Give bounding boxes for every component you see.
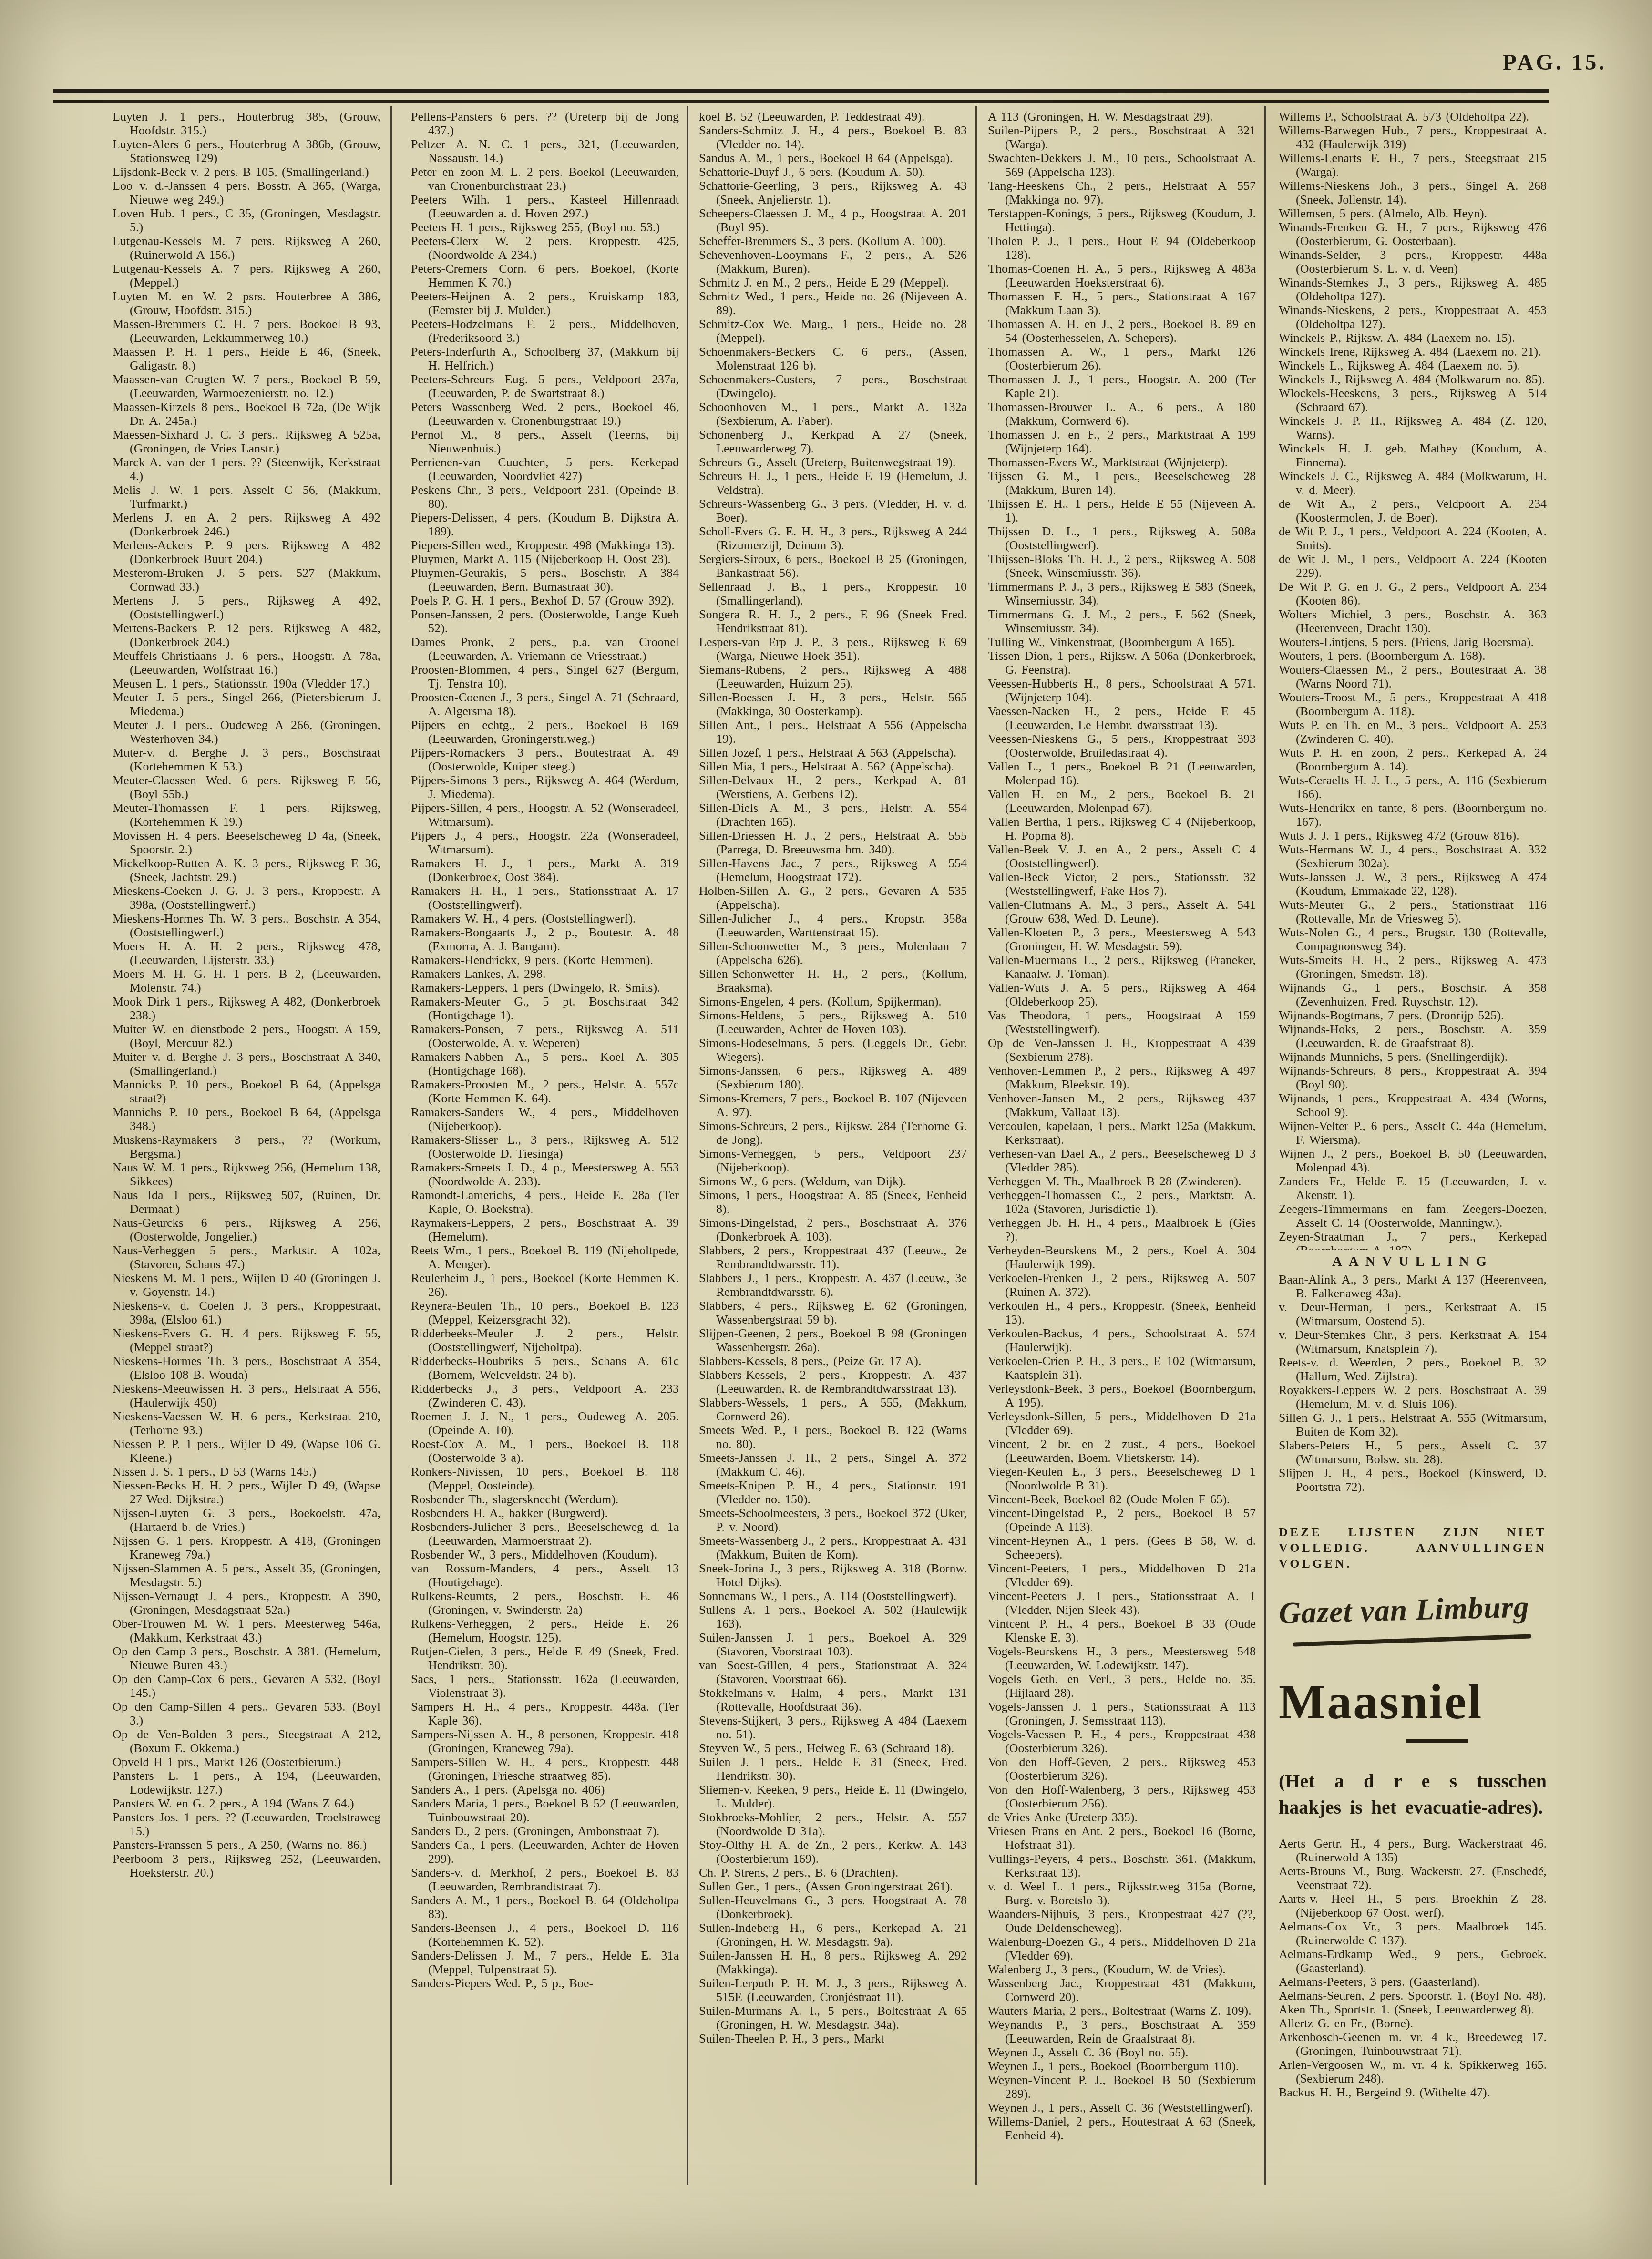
directory-entry: Schreurs G., Asselt (Ureterp, Buitenwegs… <box>699 455 967 469</box>
directory-entry: Zanders Fr., Helde E. 15 (Leeuwarden, J.… <box>1279 1174 1547 1202</box>
directory-entry: Vallen-Kloeten P., 3 pers., Meestersweg … <box>988 925 1256 953</box>
directory-entry: Ramakers W. H., 4 pers. (Ooststellingwer… <box>411 912 679 925</box>
directory-entry: Winands-Nieskens, 2 pers., Kroppestraat … <box>1279 303 1547 331</box>
directory-entry: Naus-Verheggen 5 pers., Marktstr. A 102a… <box>113 1243 380 1271</box>
directory-entry: Vogels Geth. en Verl., 3 pers., Helde no… <box>988 1672 1256 1700</box>
headline-divider <box>1406 1739 1468 1743</box>
column-5-listings: Willems P., Schoolstraat A. 573 (Oldehol… <box>1279 110 1547 1250</box>
aanvulling-header: AANVULLING <box>1279 1254 1547 1270</box>
directory-entry: Pluymen-Geurakis, 5 pers., Boschstr. A 3… <box>411 566 679 594</box>
directory-entry: Peters-Cremers Corn. 6 pers. Boekoel, (K… <box>411 262 679 289</box>
directory-entry: De Wit P. G. en J. G., 2 pers., Veldpoor… <box>1279 580 1547 607</box>
directory-entry: Vriesen Frans en Ant. 2 pers., Boekoel 1… <box>988 1824 1256 1852</box>
directory-entry: Vullings-Peyers, 4 pers., Boschstr. 361.… <box>988 1852 1256 1879</box>
directory-entry: Ramakers H. J., 1 pers., Markt A. 319 (D… <box>411 856 679 884</box>
directory-entry: Aerts Gertr. H., 4 pers., Burg. Wackerst… <box>1279 1837 1547 1864</box>
directory-entry: Peeters Wilh. 1 pers., Kasteel Hillenraa… <box>411 193 679 220</box>
directory-entry: Thijssen D. L., 1 pers., Rijksweg A. 508… <box>988 524 1256 552</box>
directory-entry: Stokbroeks-Mohlier, 2 pers., Helstr. A. … <box>699 1810 967 1838</box>
directory-entry: Opveld H 1 prs., Markt 126 (Oosterbierum… <box>113 1755 380 1769</box>
directory-entry: Meuter-Thomassen F. 1 pers. Rijksweg, (K… <box>113 801 380 829</box>
directory-entry: Sandus A. M., 1 pers., Boekoel B 64 (App… <box>699 151 967 165</box>
directory-entry: Pluymen, Markt A. 115 (Nijeberkoop H. Oo… <box>411 552 679 566</box>
directory-entry: Schmitz-Cox We. Marg., 1 pers., Heide no… <box>699 317 967 345</box>
directory-entry: Muskens-Raymakers 3 pers., ?? (Workum, B… <box>113 1133 380 1160</box>
directory-entry: Slabbers, 2 pers., Kroppestraat 437 (Lee… <box>699 1243 967 1271</box>
directory-entry: Wauters Maria, 2 pers., Boltestraat (War… <box>988 2004 1256 2018</box>
directory-entry: Sillen G. J., 1 pers., Helstraat A. 555 … <box>1279 1411 1547 1438</box>
directory-entry: Ramakers-Lankes, A. 298. <box>411 967 679 981</box>
directory-entry: Veessen-Nieskens G., 5 pers., Kroppestra… <box>988 732 1256 760</box>
directory-entry: Wuts-Smeits H. H., 2 pers., Rijksweg A. … <box>1279 953 1547 981</box>
directory-entry: Veessen-Hubberts H., 8 pers., Schoolstra… <box>988 677 1256 704</box>
directory-entry: Vallen Bertha, 1 pers., Rijksweg C 4 (Ni… <box>988 815 1256 842</box>
directory-entry: Pansters Jos. 1 pers. ?? (Leeuwarden, Tr… <box>113 1810 380 1838</box>
directory-entry: Waanders-Nijhuis, 3 pers., Kroppestraat … <box>988 1907 1256 1935</box>
directory-entry: Simons-Schreurs, 2 pers., Rijksw. 284 (T… <box>699 1119 967 1147</box>
directory-entry: Peeters-Clerx W. 2 pers. Kroppestr. 425,… <box>411 234 679 262</box>
directory-entry: Reets-v. d. Weerden, 2 pers., Boekoel B.… <box>1279 1355 1547 1383</box>
gazet-van-limburg-logo: Gazet van Limburg <box>1279 1592 1547 1674</box>
directory-entry: Stoy-Olthy H. A. de Zn., 2 pers., Kerkw.… <box>699 1838 967 1866</box>
directory-entry: Nijssen-Slammen A. 5 pers., Asselt 35, (… <box>113 1561 380 1589</box>
directory-entry: Naus-Geurcks 6 pers., Rijksweg A 256, (O… <box>113 1216 380 1243</box>
directory-entry: Verhesen-van Dael A., 2 pers., Beeselsch… <box>988 1147 1256 1174</box>
directory-entry: Pijpers-Sillen, 4 pers., Hoogstr. A. 52 … <box>411 801 679 829</box>
directory-entry: Luyten M. en W. 2 psrs. Houterbree A 386… <box>113 289 380 317</box>
directory-entry: Sonnemans W., 1 pers., A. 114 (Ooststell… <box>699 1589 967 1603</box>
directory-entry: Sillen Jozef, 1 pers., Helstraat A 563 (… <box>699 746 967 760</box>
directory-entry: Verkoulen H., 4 pers., Kroppestr. (Sneek… <box>988 1299 1256 1326</box>
directory-entry: Schmitz J. en M., 2 pers., Heide E 29 (M… <box>699 276 967 289</box>
directory-entry: Scheepers-Claessen J. M., 4 p., Hoogstra… <box>699 206 967 234</box>
directory-entry: Verleysdonk-Sillen, 5 pers., Middelhoven… <box>988 1409 1256 1437</box>
directory-entry: Simons-Engelen, 4 pers. (Kollum, Spijker… <box>699 995 967 1008</box>
directory-entry: Suilen-Pijpers P., 2 pers., Boschstraat … <box>988 123 1256 151</box>
directory-entry: Vas Theodora, 1 pers., Hoogstraat A 159 … <box>988 1008 1256 1036</box>
directory-entry: Slabbers-Wessels, 1 pers., A 555, (Makku… <box>699 1396 967 1423</box>
directory-entry: Moers M. H. G. H. 1 pers. B 2, (Leeuward… <box>113 967 380 995</box>
column-1: Luyten J. 1 pers., Houterbrug 385, (Grou… <box>113 110 380 2188</box>
directory-entry: Slabbers, 4 pers., Rijksweg E. 62 (Groni… <box>699 1299 967 1326</box>
directory-entry: Walenburg-Doezen G., 4 pers., Middelhove… <box>988 1935 1256 1962</box>
directory-entry: Muter-v. d. Berghe J. 3 pers., Boschstra… <box>113 746 380 773</box>
directory-entry: Winckels L., Rijksweg A. 484 (Laexem no.… <box>1279 359 1547 372</box>
directory-entry: Vallen-Beck Victor, 2 pers., Stationsstr… <box>988 870 1256 898</box>
directory-entry: Slijpen J. H., 4 pers., Boekoel (Kinswer… <box>1279 1466 1547 1494</box>
directory-entry: Wouters-Lintjens, 5 pers. (Friens, Jarig… <box>1279 635 1547 649</box>
directory-entry: Vincent-Peeters J. 1 pers., Stationsstra… <box>988 1589 1256 1617</box>
directory-entry: Smeets-Schoolmeesters, 3 pers., Boekoel … <box>699 1506 967 1534</box>
directory-entry: Simons-Janssen, 6 pers., Rijksweg A. 489… <box>699 1064 967 1091</box>
directory-entry: Mertens-Backers P. 12 pers. Rijksweg A 4… <box>113 621 380 649</box>
directory-entry: Wijnen-Velter P., 6 pers., Asselt C. 44a… <box>1279 1119 1547 1147</box>
column-2: Pellens-Pansters 6 pers. ?? (Ureterp bij… <box>411 110 679 2188</box>
directory-entry: Rosbenders H. A., bakker (Burgwerd). <box>411 1506 679 1520</box>
directory-entry: Wuts-Nolen G., 4 pers., Brugstr. 130 (Ro… <box>1279 925 1547 953</box>
directory-entry: Thomassen-Evers W., Marktstraat (Wijnjet… <box>988 455 1256 469</box>
directory-entry: Pellens-Pansters 6 pers. ?? (Ureterp bij… <box>411 110 679 137</box>
directory-entry: Stokkelmans-v. Halm, 4 pers., Markt 131 … <box>699 1686 967 1714</box>
directory-entry: Schattorie-Duyf J., 6 pers. (Koudum A. 5… <box>699 165 967 179</box>
directory-entry: Rutjen-Cielen, 3 pers., Helde E 49 (Snee… <box>411 1644 679 1672</box>
directory-entry: Reynera-Beulen Th., 10 pers., Boekoel B.… <box>411 1299 679 1326</box>
directory-entry: Rulkens-Verheggen, 2 pers., Heide E. 26 … <box>411 1617 679 1644</box>
directory-entry: Lespers-van Erp J. P., 3 pers., Rijksweg… <box>699 635 967 663</box>
directory-entry: Verkoelen-Frenken J., 2 pers., Rijksweg … <box>988 1271 1256 1299</box>
directory-entry: Suilen-Murmans A. I., 5 pers., Boltestra… <box>699 2004 967 2032</box>
directory-entry: Wijnands G., 1 pers., Boschstr. A 358 (Z… <box>1279 981 1547 1008</box>
header-rule <box>53 89 1549 103</box>
directory-entry: Von den Hoff-Walenberg, 3 pers., Rijkswe… <box>988 1783 1256 1810</box>
directory-entry: Tang-Heeskens Ch., 2 pers., Helstraat A … <box>988 179 1256 206</box>
directory-entry: Suilen-Janssen H. H., 8 pers., Rijksweg … <box>699 1949 967 1976</box>
directory-entry: Peltzer A. N. C. 1 pers., 321, (Leeuward… <box>411 137 679 165</box>
directory-entry: Wuts P. en Th. en M., 3 pers., Veldpoort… <box>1279 718 1547 746</box>
directory-entry: Peerboom 3 pers., Rijksweg 252, (Leeuwar… <box>113 1852 380 1879</box>
directory-entry: Sanders D., 2 pers. (Groningen, Ambonstr… <box>411 1824 679 1838</box>
directory-entry: Mannichs P. 10 pers., Boekoel B 64, (App… <box>113 1105 380 1133</box>
directory-entry: Sampers-Nijssen A. H., 8 personen, Kropp… <box>411 1727 679 1755</box>
directory-entry: Thomassen-Brouwer L. A., 6 pers., A 180 … <box>988 400 1256 428</box>
directory-entry: Lutgenau-Kessels A. 7 pers. Rijksweg A 2… <box>113 262 380 289</box>
directory-entry: Tissen Dion, 1 pers., Rijksw. A 506a (Do… <box>988 649 1256 677</box>
directory-entry: Weynen J., 1 pers., Boekoel (Boornbergum… <box>988 2059 1256 2073</box>
directory-entry: Venhoven-Lemmen P., 2 pers., Rijksweg A … <box>988 1064 1256 1091</box>
directory-entry: Peeters H. 1 pers., Rijksweg 255, (Boyl … <box>411 220 679 234</box>
directory-entry: Meuter J. 1 pers., Oudeweg A 266, (Groni… <box>113 718 380 746</box>
directory-entry: Marck A. van der 1 pers. ?? (Steenwijk, … <box>113 455 380 483</box>
directory-entry: Nieskens-Hormes Th. 3 pers., Boschstraat… <box>113 1354 380 1382</box>
directory-entry: Sanders-Beensen J., 4 pers., Boekoel D. … <box>411 1921 679 1949</box>
directory-entry: Vincent-Beek, Boekoel 82 (Oude Molen F 6… <box>988 1492 1256 1506</box>
directory-entry: Simons W., 6 pers. (Weldum, van Dijk). <box>699 1174 967 1188</box>
directory-entry: Sampers-Sillen W. H., 4 pers., Kroppestr… <box>411 1755 679 1783</box>
directory-entry: Wuts J. J. 1 pers., Rijksweg 472 (Grouw … <box>1279 829 1547 842</box>
directory-entry: Aken Th., Sportstr. 1. (Sneek, Leeuwarde… <box>1279 2002 1547 2016</box>
directory-entry: Verkoelen-Crien P. H., 3 pers., E 102 (W… <box>988 1354 1256 1382</box>
directory-entry: Moers H. A. H. 2 pers., Rijksweg 478, (L… <box>113 939 380 967</box>
directory-entry: Nieskens-Vaessen W. H. 6 pers., Kerkstra… <box>113 1409 380 1437</box>
directory-entry: Meuffels-Christiaans J. 6 pers., Hoogstr… <box>113 649 380 677</box>
directory-entry: Wuts-Janssen J. W., 3 pers., Rijksweg A … <box>1279 870 1547 898</box>
directory-entry: Sliemen-v. Keeken, 9 pers., Heide E. 11 … <box>699 1783 967 1810</box>
directory-entry: Winckels Irene, Rijksweg A. 484 (Laexem … <box>1279 345 1547 359</box>
directory-entry: Naus Ida 1 pers., Rijksweg 507, (Ruinen,… <box>113 1188 380 1216</box>
directory-entry: Wuts P. H. en zoon, 2 pers., Kerkepad A.… <box>1279 746 1547 773</box>
directory-entry: Siemans-Rubens, 2 pers., Rijksweg A 488 … <box>699 663 967 690</box>
directory-entry: A 113 (Groningen, H. W. Mesdagstraat 29)… <box>988 110 1256 123</box>
directory-entry: Thomassen F. H., 5 pers., Stationstraat … <box>988 289 1256 317</box>
directory-entry: Steyven W., 5 pers., Heiweg E. 63 (Schra… <box>699 1741 967 1755</box>
directory-entry: Rosbender Th., slagersknecht (Werdum). <box>411 1492 679 1506</box>
directory-entry: Merlens J. en A. 2 pers. Rijksweg A 492 … <box>113 511 380 538</box>
directory-entry: Mertens J. 5 pers., Rijksweg A 492, (Oos… <box>113 594 380 621</box>
directory-entry: Peeters-Hodzelmans F. 2 pers., Middelhov… <box>411 317 679 345</box>
directory-entry: Ronkers-Nivissen, 10 pers., Boekoel B. 1… <box>411 1465 679 1492</box>
directory-entry: Sanders-Delissen J. M., 7 pers., Helde E… <box>411 1949 679 1976</box>
directory-entry: Smeets-Wassenberg J., 2 pers., Kroppestr… <box>699 1534 967 1561</box>
directory-entry: Peeters-Schreurs Eug. 5 pers., Veldpoort… <box>411 372 679 400</box>
directory-entry: Wuts-Meuter G., 2 pers., Stationstraat 1… <box>1279 898 1547 925</box>
directory-entry: Backus H. H., Bergeind 9. (Withelte 47). <box>1279 2085 1547 2099</box>
logo-underline-flourish <box>1293 1634 1531 1646</box>
column-divider <box>390 106 392 2185</box>
directory-entry: Sanders Ca., 1 pers. (Leeuwarden, Achter… <box>411 1838 679 1866</box>
aanvulling-listings: Baan-Alink A., 3 pers., Markt A 137 (Hee… <box>1279 1273 1547 1521</box>
directory-entry: Muiter v. d. Berghe J. 3 pers., Boschstr… <box>113 1050 380 1078</box>
directory-entry: Ramakers-Hendrickx, 9 pers. (Korte Hemme… <box>411 953 679 967</box>
directory-entry: Tijssen G. M., 1 pers., Beeselscheweg 28… <box>988 469 1256 497</box>
directory-entry: Simons-Verheggen, 5 pers., Veldpoort 237… <box>699 1147 967 1174</box>
directory-entry: Nieskens M. M. 1 pers., Wijlen D 40 (Gro… <box>113 1271 380 1299</box>
directory-entry: Nieskens-Meeuwissen H. 3 pers., Helstraa… <box>113 1382 380 1409</box>
directory-entry: Ramakers-Sanders W., 4 pers., Middelhove… <box>411 1105 679 1133</box>
directory-entry: Schattorie-Geerling, 3 pers., Rijksweg A… <box>699 179 967 206</box>
directory-entry: Sanders A., 1 pers. (Apelsga no. 406) <box>411 1783 679 1797</box>
directory-entry: Vallen-Beek V. J. en A., 2 pers., Asselt… <box>988 842 1256 870</box>
directory-entry: Verleysdonk-Beek, 3 pers., Boekoel (Boor… <box>988 1382 1256 1409</box>
column-divider <box>1264 106 1266 2185</box>
directory-entry: Wouters-Claessen M., 2 pers., Boutestraa… <box>1279 663 1547 690</box>
directory-entry: Aelmans-Peeters, 3 pers. (Gaasterland). <box>1279 1975 1547 1989</box>
directory-entry: Smeets Wed. P., 1 pers., Boekoel B. 122 … <box>699 1423 967 1451</box>
directory-entry: Thijssen E. H., 1 pers., Helde E 55 (Nij… <box>988 497 1256 524</box>
directory-entry: Schoenmakers-Custers, 7 pers., Boschstra… <box>699 372 967 400</box>
directory-entry: Arkenbosch-Geenen m. vr. 4 k., Breedeweg… <box>1279 2030 1547 2058</box>
directory-entry: Weynen-Vincent P. J., Boekoel B 50 (Sexb… <box>988 2073 1256 2101</box>
directory-entry: Pansters L. 1 pers., A 194, (Leeuwarden,… <box>113 1769 380 1797</box>
directory-entry: Luyten J. 1 pers., Houterbrug 385, (Grou… <box>113 110 380 137</box>
directory-entry: Ramakers-Proosten M., 2 pers., Helstr. A… <box>411 1078 679 1105</box>
directory-entry: Ridderbecks-Houbriks 5 pers., Schans A. … <box>411 1354 679 1382</box>
directory-entry: Rulkens-Reumts, 2 pers., Boschstr. E. 46… <box>411 1589 679 1617</box>
directory-entry: Wijnen J., 2 pers., Boekoel B. 50 (Leeuw… <box>1279 1147 1547 1174</box>
directory-entry: Vintcent P. H., 4 pers., Boekoel B 33 (O… <box>988 1617 1256 1644</box>
directory-entry: Thomassen J. en F., 2 pers., Marktstraat… <box>988 428 1256 455</box>
directory-entry: Piepers-Delissen, 4 pers. (Koudum B. Dij… <box>411 511 679 538</box>
directory-entry: Aelmans-Erdkamp Wed., 9 pers., Gebroek. … <box>1279 1947 1547 1975</box>
directory-entry: Vogels-Janssen J. 1 pers., Stationsstraa… <box>988 1700 1256 1727</box>
directory-entry: Melis J. W. 1 pers. Asselt C 56, (Makkum… <box>113 483 380 511</box>
directory-entry: Scheffer-Bremmers S., 3 pers. (Kollum A.… <box>699 234 967 248</box>
directory-entry: Vincent-Peeters, 1 pers., Middelhoven D … <box>988 1561 1256 1589</box>
directory-entry: Wijnands-Munnichs, 5 pers. (Snellingerdi… <box>1279 1050 1547 1064</box>
directory-entry: Simons-Dingelstad, 2 pers., Boschstraat … <box>699 1216 967 1243</box>
directory-entry: Songera R. H. J., 2 pers., E 96 (Sneek F… <box>699 607 967 635</box>
directory-entry: Wlockels-Heeskens, 3 pers., Rijksweg A 5… <box>1279 386 1547 414</box>
directory-entry: Sanders-Piepers Wed. P., 5 p., Boe- <box>411 1976 679 1990</box>
column-3: koel B. 52 (Leeuwarden, P. Teddestraat 4… <box>699 110 967 2188</box>
directory-entry: Sillen Ant., 1 pers., Helstraat A 556 (A… <box>699 718 967 746</box>
evacuation-address-note: (Het a d r e s tusschen haakjes is het e… <box>1279 1768 1547 1820</box>
page-number: PAG. 15. <box>1449 50 1607 75</box>
directory-entry: Peter en zoon M. L. 2 pers. Boekol (Leeu… <box>411 165 679 193</box>
directory-entry: Mieskens-Coeken J. G. J. 3 pers., Kroppe… <box>113 884 380 912</box>
directory-entry: v. d. Weel L. 1 pers., Rijksstr.weg 315a… <box>988 1879 1256 1907</box>
directory-entry: Ober-Trouwen M. W. 1 pers. Meesterweg 54… <box>113 1617 380 1644</box>
directory-entry: Sillen Mia, 1 pers., Helstraat A. 562 (A… <box>699 760 967 773</box>
directory-entry: Weynen J., Asselt C. 36 (Boyl no. 55). <box>988 2045 1256 2059</box>
directory-entry: Reets Wm., 1 pers., Boekoel B. 119 (Nije… <box>411 1243 679 1271</box>
directory-entry: Slabers-Peters H., 5 pers., Asselt C. 37… <box>1279 1438 1547 1466</box>
directory-entry: Vallen-Clutmans A. M., 3 pers., Asselt A… <box>988 898 1256 925</box>
directory-entry: Walenberg J., 3 pers., (Koudum, W. de Vr… <box>988 1962 1256 1976</box>
directory-entry: Nieskens-Evers G. H. 4 pers. Rijksweg E … <box>113 1326 380 1354</box>
directory-entry: Mannicks P. 10 pers., Boekoel B 64, (App… <box>113 1078 380 1105</box>
directory-entry: Sillen-Diels A. M., 3 pers., Helstr. A. … <box>699 801 967 829</box>
directory-entry: de Wit A., 2 pers., Veldpoort A. 234 (Ko… <box>1279 497 1547 524</box>
directory-entry: Sellenraad J. B., 1 pers., Kroppestr. 10… <box>699 580 967 607</box>
directory-entry: Mesterom-Bruken J. 5 pers. 527 (Makkum, … <box>113 566 380 594</box>
directory-entry: Willems P., Schoolstraat A. 573 (Oldehol… <box>1279 110 1547 123</box>
directory-entry: Sillen-Schoonwetter M., 3 pers., Molenla… <box>699 939 967 967</box>
directory-entry: de Wit J. M., 1 pers., Veldpoort A. 224 … <box>1279 552 1547 580</box>
directory-entry: Venhoven-Jansen M., 2 pers., Rijksweg 43… <box>988 1091 1256 1119</box>
directory-entry: v. Deur-Stemkes Chr., 3 pers. Kerkstraat… <box>1279 1328 1547 1355</box>
directory-entry: Slabbers J., 1 pers., Kroppestr. A. 437 … <box>699 1271 967 1299</box>
directory-entry: Ch. P. Strens, 2 pers., B. 6 (Drachten). <box>699 1866 967 1879</box>
directory-entry: Holben-Sillen A. G., 2 pers., Gevaren A … <box>699 884 967 912</box>
directory-entry: Verkoulen-Backus, 4 pers., Schoolstraat … <box>988 1326 1256 1354</box>
directory-entry: Pijpers J., 4 pers., Hoogstr. 22a (Wonse… <box>411 829 679 856</box>
maasniel-headline: Maasniel <box>1279 1675 1547 1729</box>
directory-entry: Ramakers-Meuter G., 5 pt. Boschstraat 34… <box>411 995 679 1022</box>
directory-entry: Proosten-Coenen J., 3 pers., Singel A. 7… <box>411 690 679 718</box>
directory-entry: Verheyden-Beurskens M., 2 pers., Koel A.… <box>988 1243 1256 1271</box>
directory-entry: Zeegers-Timmermans en fam. Zeegers-Doeze… <box>1279 1202 1547 1230</box>
directory-entry: Scholl-Evers G. E. H. H., 3 pers., Rijks… <box>699 524 967 552</box>
directory-entry: Massen-Bremmers C. H. 7 pers. Boekoel B … <box>113 317 380 345</box>
directory-entry: Schmitz Wed., 1 pers., Heide no. 26 (Nij… <box>699 289 967 317</box>
directory-entry: Timmermans P. J., 3 pers., Rijksweg E 58… <box>988 580 1256 607</box>
directory-entry: Roest-Cox A. M., 1 pers., Boekoel B. 118… <box>411 1437 679 1465</box>
gazet-logo-text: Gazet van Limburg <box>1279 1589 1529 1631</box>
directory-entry: Tulling W., Vinkenstraat, (Boornbergum A… <box>988 635 1256 649</box>
directory-entry: Peters-Inderfurth A., Schoolberg 37, (Ma… <box>411 345 679 372</box>
directory-entry: Muiter W. en dienstbode 2 pers., Hoogstr… <box>113 1022 380 1050</box>
directory-entry: Rosbenders-Julicher 3 pers., Beeselschew… <box>411 1520 679 1548</box>
directory-entry: Simons-Hodeselmans, 5 pers. (Leggels Dr.… <box>699 1036 967 1064</box>
directory-entry: Arlen-Vergoosen W., m. vr. 4 k. Spikkerw… <box>1279 2058 1547 2085</box>
directory-entry: Aelmans-Seuren, 2 pers. Spoorstr. 1. (Bo… <box>1279 1989 1547 2002</box>
directory-entry: Peters Wassenberg Wed. 2 pers., Boekoel … <box>411 400 679 428</box>
directory-entry: Luyten-Alers 6 pers., Houterbrug A 386b,… <box>113 137 380 165</box>
directory-entry: Peskens Chr., 3 pers., Veldpoort 231. (O… <box>411 483 679 511</box>
directory-entry: Vaessen-Nacken H., 2 pers., Heide E 45 (… <box>988 704 1256 732</box>
directory-entry: Movissen H. 4 pers. Beeselscheweg D 4a, … <box>113 829 380 856</box>
directory-entry: Peeters-Heijnen A. 2 pers., Kruiskamp 18… <box>411 289 679 317</box>
directory-entry: Vincent, 2 br. en 2 zust., 4 pers., Boek… <box>988 1437 1256 1465</box>
newspaper-page: PAG. 15. Luyten J. 1 pers., Houterbrug 3… <box>0 0 1652 2259</box>
directory-entry: Schoonhoven M., 1 pers., Markt A. 132a (… <box>699 400 967 428</box>
directory-entry: Weynen J., 1 pers., Asselt C. 36 (Westst… <box>988 2101 1256 2115</box>
directory-entry: Wouters-Troost M., 5 pers., Kroppestraat… <box>1279 690 1547 718</box>
directory-entry: Zeyen-Straatman J., 7 pers., Kerkepad (B… <box>1279 1230 1547 1250</box>
directory-entry: Willemsen, 5 pers. (Almelo, Alb. Heyn). <box>1279 206 1547 220</box>
directory-entry: Mieskens-Hormes Th. W. 3 pers., Boschstr… <box>113 912 380 939</box>
directory-entry: Stevens-Stijkert, 3 pers., Rijksweg A 48… <box>699 1714 967 1741</box>
directory-entry: Wijnands-Schreurs, 8 pers., Kroppestraat… <box>1279 1064 1547 1091</box>
directory-entry: Viegen-Keulen E., 3 pers., Beeselscheweg… <box>988 1465 1256 1492</box>
directory-entry: Winands-Frenken G. H., 7 pers., Rijksweg… <box>1279 220 1547 248</box>
directory-entry: Thomassen A. W., 1 pers., Markt 126 (Oos… <box>988 345 1256 372</box>
directory-entry: Aerts-Brouns M., Burg. Wackerstr. 27. (E… <box>1279 1864 1547 1892</box>
directory-entry: Pijpers en echtg., 2 pers., Boekoel B 16… <box>411 718 679 746</box>
directory-entry: Wolters Michiel, 3 pers., Boschstr. A. 3… <box>1279 607 1547 635</box>
directory-entry: Verheggen M. Th., Maalbroek B 28 (Zwinde… <box>988 1174 1256 1188</box>
directory-entry: Reulerheim J., 1 pers., Boekoel (Korte H… <box>411 1271 679 1299</box>
column-divider <box>687 106 688 2185</box>
directory-entry: Tholen P. J., 1 pers., Hout E 94 (Oldebe… <box>988 234 1256 262</box>
directory-entry: Vercoulen, kapelaan, 1 pers., Markt 125a… <box>988 1119 1256 1147</box>
column-4: A 113 (Groningen, H. W. Mesdagstraat 29)… <box>988 110 1256 2188</box>
directory-entry: Willems-Lenarts F. H., 7 pers., Steegstr… <box>1279 151 1547 179</box>
directory-entry: Simons-Kremers, 7 pers., Boekoel B. 107 … <box>699 1091 967 1119</box>
directory-entry: Ramakers-Nabben A., 5 pers., Koel A. 305… <box>411 1050 679 1078</box>
directory-entry: Poels P. G. H. 1 pers., Bexhof D. 57 (Gr… <box>411 594 679 607</box>
directory-entry: Winands-Stemkes J., 3 pers., Rijksweg A.… <box>1279 276 1547 303</box>
directory-entry: Verheggen Jb. H. H., 4 pers., Maalbroek … <box>988 1216 1256 1243</box>
directory-entry: Suilen-Janssen J. 1 pers., Boekoel A. 32… <box>699 1631 967 1658</box>
directory-entry: Swachten-Dekkers J. M., 10 pers., School… <box>988 151 1256 179</box>
directory-entry: Suilen-Lerputh P. H. M. J., 3 pers., Rij… <box>699 1976 967 2004</box>
directory-entry: Nijssen G. 1 pers. Kroppestr. A 418, (Gr… <box>113 1534 380 1561</box>
directory-entry: Sillen-Delvaux H., 2 pers., Kerkpad A. 8… <box>699 773 967 801</box>
directory-entry: Ramakers-Smeets J. D., 4 p., Meestersweg… <box>411 1160 679 1188</box>
directory-entry: Aarts-v. Heel H., 5 pers. Broekhin Z 28.… <box>1279 1892 1547 1920</box>
directory-entry: Pijpers-Romackers 3 pers., Boutestraat A… <box>411 746 679 773</box>
directory-entry: Thijssen-Bloks Th. H. J., 2 pers., Rijks… <box>988 552 1256 580</box>
directory-entry: Simons, 1 pers., Hoogstraat A. 85 (Sneek… <box>699 1188 967 1216</box>
directory-entry: Sullen-Heuvelmans G., 3 pers. Hoogstraat… <box>699 1893 967 1921</box>
directory-entry: Verheggen-Thomassen C., 2 pers., Marktst… <box>988 1188 1256 1216</box>
directory-entry: Schoenmakers-Beckers C. 6 pers., (Assen,… <box>699 345 967 372</box>
directory-entry: Wijnands-Bogtmans, 7 pers. (Dronrijp 525… <box>1279 1008 1547 1022</box>
directory-entry: Sanders A. M., 1 pers., Boekoel B. 64 (O… <box>411 1893 679 1921</box>
directory-entry: Ramondt-Lamerichs, 4 pers., Heide E. 28a… <box>411 1188 679 1216</box>
directory-entry: Wuts-Hendrikx en tante, 8 pers. (Boornbe… <box>1279 801 1547 829</box>
directory-entry: Von den Hoff-Geven, 2 pers., Rijksweg 45… <box>988 1755 1256 1783</box>
directory-entry: Winands-Selder, 3 pers., Kroppestr. 448a… <box>1279 248 1547 276</box>
directory-entry: Mickelkoop-Rutten A. K. 3 pers., Rijkswe… <box>113 856 380 884</box>
directory-entry: Meusen L. 1 pers., Stationsstr. 190a (Vl… <box>113 677 380 690</box>
directory-entry: Pernot M., 8 pers., Asselt (Teerns, bij … <box>411 428 679 455</box>
directory-entry: Maassen-van Crugten W. 7 pers., Boekoel … <box>113 372 380 400</box>
directory-entry: Winckels J. C., Rijksweg A. 484 (Molkwar… <box>1279 469 1547 497</box>
directory-entry: Sillen-Driessen H. J., 2 pers., Helstraa… <box>699 829 967 856</box>
directory-entry: Royakkers-Leppers W. 2 pers. Boschstraat… <box>1279 1383 1547 1411</box>
directory-entry: Sampers H. H., 4 pers., Kroppestr. 448a.… <box>411 1700 679 1727</box>
directory-entry: Ridderbeeks-Meuler J. 2 pers., Helstr. (… <box>411 1326 679 1354</box>
directory-entry: Niessen-Becks H. H. 2 pers., Wijler D 49… <box>113 1479 380 1506</box>
directory-entry: Slabbers-Kessels, 8 pers., (Peize Gr. 17… <box>699 1354 967 1368</box>
directory-entry: Op de Ven-Bolden 3 pers., Steegstraat A … <box>113 1727 380 1755</box>
directory-entry: Proosten-Blommen, 4 pers., Singel 627 (B… <box>411 663 679 690</box>
directory-entry: Suilen J. 1 pers., Helde E 31 (Sneek, Fr… <box>699 1755 967 1783</box>
directory-entry: Perrienen-van Cuuchten, 5 pers. Kerkepad… <box>411 455 679 483</box>
directory-entry: van Soest-Gillen, 4 pers., Stationstraat… <box>699 1658 967 1686</box>
directory-entry: Mook Dirk 1 pers., Rijksweg A 482, (Donk… <box>113 995 380 1022</box>
directory-entry: Meuter-Claessen Wed. 6 pers. Rijksweg E … <box>113 773 380 801</box>
directory-entry: Timmermans G. J. M., 2 pers., E 562 (Sne… <box>988 607 1256 635</box>
directory-entry: Nijssen-Luyten G. 3 pers., Boekoelstr. 4… <box>113 1506 380 1534</box>
directory-entry: Niessen P. P. 1 pers., Wijler D 49, (Wap… <box>113 1437 380 1465</box>
directory-entry: Vincent-Dingelstad P., 2 pers., Boekoel … <box>988 1506 1256 1534</box>
directory-entry: Sanders-v. d. Merkhof, 2 pers., Boekoel … <box>411 1866 679 1893</box>
column-5: Willems P., Schoolstraat A. 573 (Oldehol… <box>1279 110 1547 2188</box>
directory-entry: Naus W. M. 1 pers., Rijksweg 256, (Hemel… <box>113 1160 380 1188</box>
